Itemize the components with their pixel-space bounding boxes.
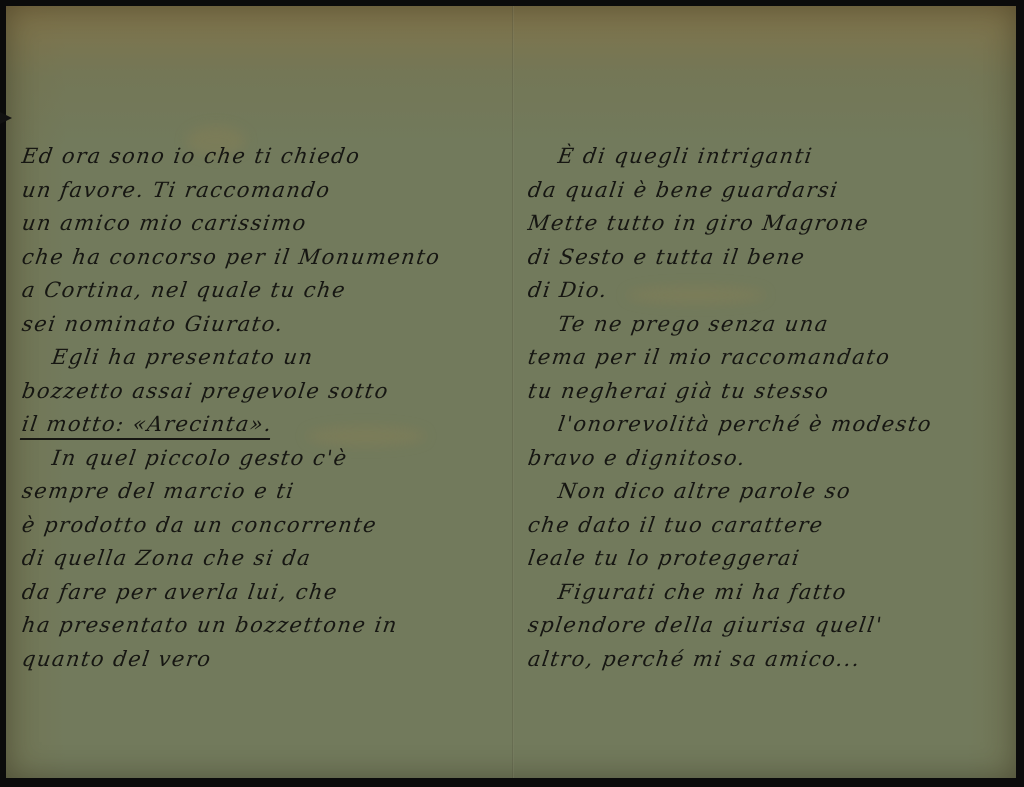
handwritten-line: Ed ora sono io che ti chiedo (20, 140, 515, 174)
handwritten-line: Non dico altre parole so (526, 475, 1011, 509)
handwritten-line: che ha concorso per il Monumento (20, 241, 515, 275)
handwritten-line: Te ne prego senza una (526, 308, 1011, 342)
corner-mark (0, 112, 12, 124)
handwritten-line: è prodotto da un concorrente (20, 509, 515, 543)
handwritten-line: che dato il tuo carattere (526, 509, 1011, 543)
handwritten-line: splendore della giurisa quell' (526, 609, 1011, 643)
handwritten-line: ha presentato un bozzettone in (20, 609, 515, 643)
handwritten-line: Figurati che mi ha fatto (526, 576, 1011, 610)
handwritten-line: Egli ha presentato un (20, 341, 515, 375)
left-page: Ed ora sono io che ti chiedo un favore. … (22, 140, 512, 676)
handwritten-line: di quella Zona che si da (20, 542, 515, 576)
handwritten-line: Mette tutto in giro Magrone (526, 207, 1011, 241)
handwritten-line: sei nominato Giurato. (20, 308, 515, 342)
handwritten-line: bravo e dignitoso. (526, 442, 1011, 476)
handwritten-line: un favore. Ti raccomando (20, 174, 515, 208)
motto-text: il motto: «Arecinta». (20, 412, 274, 440)
handwritten-line: da fare per averla lui, che (20, 576, 515, 610)
motto-line: il motto: «Arecinta». (20, 408, 515, 442)
handwritten-line: È di quegli intriganti (526, 140, 1011, 174)
handwritten-line: leale tu lo proteggerai (526, 542, 1011, 576)
handwritten-line: da quali è bene guardarsi (526, 174, 1011, 208)
right-page: È di quegli intriganti da quali è bene g… (528, 140, 1008, 676)
handwritten-line: di Dio. (526, 274, 1011, 308)
handwritten-line: l'onorevolità perché è modesto (526, 408, 1011, 442)
handwritten-line: un amico mio carissimo (20, 207, 515, 241)
handwritten-line: tema per il mio raccomandato (526, 341, 1011, 375)
handwritten-line: quanto del vero (20, 643, 515, 677)
handwritten-line: In quel piccolo gesto c'è (20, 442, 515, 476)
handwritten-line: sempre del marcio e ti (20, 475, 515, 509)
handwritten-line: di Sesto e tutta il bene (526, 241, 1011, 275)
handwritten-line: altro, perché mi sa amico... (526, 643, 1011, 677)
handwritten-line: a Cortina, nel quale tu che (20, 274, 515, 308)
handwritten-line: bozzetto assai pregevole sotto (20, 375, 515, 409)
handwritten-line: tu negherai già tu stesso (526, 375, 1011, 409)
page-fold (512, 6, 514, 778)
